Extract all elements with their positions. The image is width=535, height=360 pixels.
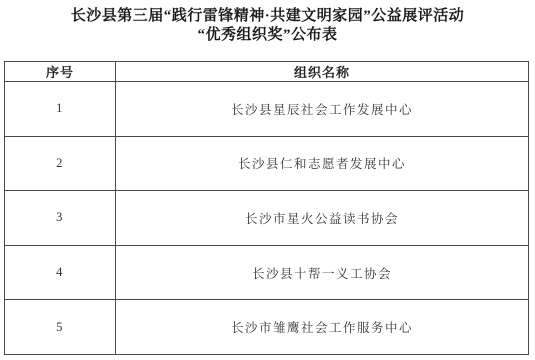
document-title: 长沙县第三届“践行雷锋精神·共建文明家园”公益展评活动 “优秀组织奖”公布表 xyxy=(0,7,535,45)
serial-cell: 5 xyxy=(5,300,116,355)
table-row: 5 长沙市雏鹰社会工作服务中心 xyxy=(5,300,529,355)
document-title-line2: “优秀组织奖”公布表 xyxy=(0,26,535,45)
document-title-line1: 长沙县第三届“践行雷锋精神·共建文明家园”公益展评活动 xyxy=(0,7,535,26)
serial-cell: 1 xyxy=(5,82,116,137)
org-name-cell: 长沙县十帮一义工协会 xyxy=(116,245,529,300)
org-name-cell: 长沙市雏鹰社会工作服务中心 xyxy=(116,300,529,355)
table-row: 3 长沙市星火公益读书协会 xyxy=(5,191,529,246)
table-row: 4 长沙县十帮一义工协会 xyxy=(5,245,529,300)
table-row: 1 长沙县星辰社会工作发展中心 xyxy=(5,82,529,137)
header-row: 序号 组织名称 xyxy=(5,62,529,82)
serial-cell: 4 xyxy=(5,245,116,300)
org-name-cell: 长沙县仁和志愿者发展中心 xyxy=(116,136,529,191)
table-row: 2 长沙县仁和志愿者发展中心 xyxy=(5,136,529,191)
serial-cell: 3 xyxy=(5,191,116,246)
header-serial-number: 序号 xyxy=(5,62,116,82)
org-name-cell: 长沙市星火公益读书协会 xyxy=(116,191,529,246)
awards-table: 序号 组织名称 1 长沙县星辰社会工作发展中心 2 长沙县仁和志愿者发展中心 3… xyxy=(4,61,529,355)
serial-cell: 2 xyxy=(5,136,116,191)
org-name-cell: 长沙县星辰社会工作发展中心 xyxy=(116,82,529,137)
header-organization-name: 组织名称 xyxy=(116,62,529,82)
